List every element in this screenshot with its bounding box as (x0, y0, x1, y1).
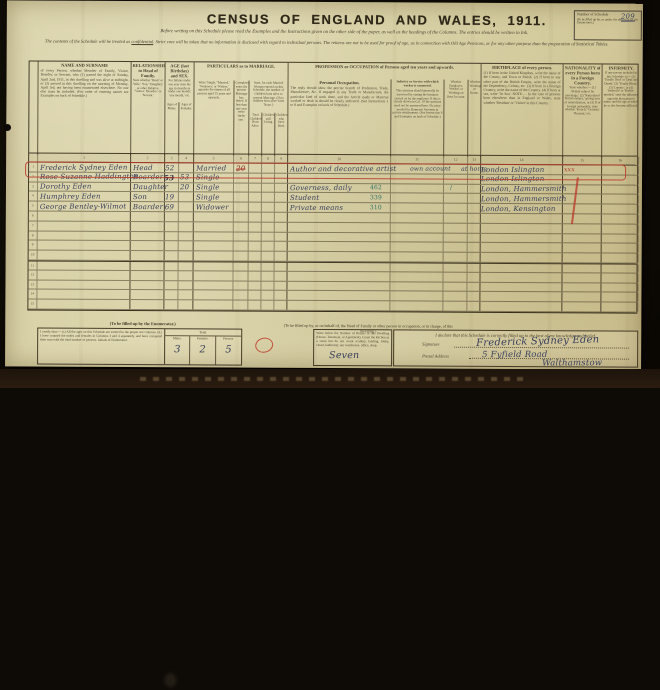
col-header-occupation-home: Whether Working at Home. (468, 80, 481, 157)
males-total-value: 3 (165, 344, 189, 355)
col-header-margin (29, 61, 38, 154)
col-header-children-born: Total Children Born Alive. (249, 113, 262, 156)
relationship-entry: Daughter (133, 183, 168, 191)
occupation-code: 339 (370, 194, 382, 201)
age-entry: 53 (180, 174, 189, 182)
signature-label: Signature (422, 342, 439, 347)
col-header-children-note: State, for each Married Woman entered on… (249, 81, 288, 113)
address-line-1: 5 Fyfield Road (482, 350, 547, 360)
col-header-occupation-group: PROFESSION or OCCUPATION of Persons aged… (289, 63, 482, 80)
occupation-entry: Author and decorative artist (290, 164, 396, 173)
table-body: 1 Frederick Sydney Eden Head 52 Married … (27, 162, 638, 313)
occupation-entry: Governess, daily (290, 184, 352, 192)
table-header: NAME AND SURNAME of every Person, whethe… (28, 60, 638, 156)
totals-table: Total. Males. 3 Females. 2 Persons. 5 (164, 329, 241, 364)
address-label: Postal Address (422, 354, 449, 359)
col-header-birthplace: BIRTHPLACE of every person. (1) If born … (481, 64, 563, 157)
enumerator-box: I certify that:— (i.) All the ages on th… (37, 328, 242, 366)
col-header-children-living: Children still Living. (262, 113, 275, 156)
schedule-number-value: 209 (621, 12, 635, 21)
col-header-name: NAME AND SURNAME of every Person, whethe… (38, 62, 131, 155)
females-total-value: 2 (190, 344, 214, 355)
enumerator-note: (To be filled up by the Enumerator.) (40, 321, 245, 327)
checker-tick: / (450, 185, 452, 192)
col-header-age: AGE (last Birthday) and SEX. For Infants… (165, 62, 194, 102)
persons-total: Persons. 5 (216, 336, 241, 365)
col-header-years-married: Completed years the present Marriage has… (234, 81, 249, 156)
instruction-line-1: Before writing on this Schedule please r… (62, 29, 627, 38)
relationship-entry: Boarder (133, 203, 163, 211)
col-header-occupation-employer: Whether Employer, Worker, or Working on … (444, 80, 468, 157)
rooms-box: Write below the Number of Rooms in this … (313, 329, 392, 366)
occupation-code: 310 (370, 204, 382, 211)
col-header-relationship: RELATIONSHIP to Head of Family. State wh… (131, 62, 165, 155)
employment-entry: own account (410, 165, 451, 172)
table-row-empty: 15 (28, 300, 636, 313)
occupation-code: 462 (370, 184, 382, 191)
col-header-marriage-condition: Write 'Single,' 'Married,' 'Widower,' or… (194, 80, 234, 155)
marriage-entry: Single (196, 193, 220, 201)
birthplace-entry: London, Hammersmith (481, 195, 567, 203)
photo-caption-strip (0, 369, 660, 388)
age-entry: 69 (165, 203, 174, 211)
relationship-entry: Son (133, 193, 147, 201)
name-entry: Rose Suzanne Haddington (40, 173, 139, 182)
males-total: Males. 3 (165, 336, 190, 365)
females-total: Females. 2 (190, 336, 215, 365)
rooms-value: Seven (329, 350, 359, 361)
certify-text: I certify that:— (i.) All the ages on th… (38, 329, 164, 365)
name-entry: Dorothy Eden (40, 183, 92, 191)
marriage-entry: Single (196, 183, 220, 191)
col-header-marriage-group: PARTICULARS as to MARRIAGE. (195, 62, 289, 80)
col-header-children-died: Children who have Died. (275, 113, 288, 156)
marriage-entry: Single (196, 174, 220, 182)
name-entry: Humphrey Eden (40, 192, 101, 200)
age-entry: 52 (165, 164, 174, 172)
age-entry: 20 (180, 183, 189, 191)
col-header-age-females: Ages of Females. (179, 102, 194, 155)
years-married-entry: 20 (236, 164, 245, 172)
occupation-entry: Private means (290, 204, 343, 212)
name-entry: Frederick Sydney Eden (40, 163, 127, 171)
photo-background: Number of Schedule 209 (To be filled up … (0, 0, 660, 388)
marriage-entry: Married (196, 164, 226, 172)
checker-mark: xxx (564, 166, 575, 173)
relationship-entry: Boarder (133, 173, 163, 181)
col-header-age-males: Ages of Males. (165, 102, 179, 155)
confidential-word: confidential (131, 39, 153, 44)
instruction-line-2: The contents of the Schedule will be tre… (27, 38, 627, 47)
birthplace-entry: London Islington (481, 165, 544, 173)
occupation-entry: Student (290, 194, 320, 202)
confidential-post: . Strict care will be taken that no info… (153, 39, 608, 46)
col-header-nationality: NATIONALITY of every Person born in a Fo… (563, 64, 602, 157)
age-entry: 19 (165, 193, 174, 201)
declaration-box: I declare that this Schedule is correctl… (393, 329, 638, 367)
checker-circle-mark (254, 336, 275, 354)
address-line-2: Walthamstow (542, 358, 602, 368)
hole-punch (4, 124, 11, 131)
col-header-infirmity: INFIRMITY. If any person included in thi… (602, 64, 639, 157)
confidential-pre: The contents of the Schedule will be tre… (45, 39, 131, 44)
census-form: Number of Schedule 209 (To be filled up … (5, 0, 643, 369)
relationship-entry: Head (133, 164, 153, 172)
persons-total-value: 5 (216, 344, 241, 355)
birthplace-entry: London, Hammersmith (481, 185, 567, 193)
form-title: CENSUS OF ENGLAND AND WALES, 1911. (162, 11, 592, 28)
col-header-occupation-personal: Personal Occupation. The reply should sh… (288, 79, 391, 157)
rooms-instruction: Write below the Number of Rooms in this … (314, 330, 391, 350)
birthplace-entry: London Islington (481, 175, 544, 183)
name-entry: George Bentley-Wilmot (40, 202, 127, 210)
birthplace-entry: London, Kensington (481, 205, 556, 213)
age-struck-entry: 53 (164, 173, 174, 182)
col-header-occupation-industry: Industry or Service with which worker is… (391, 79, 444, 156)
marriage-entry: Widower (196, 203, 229, 211)
